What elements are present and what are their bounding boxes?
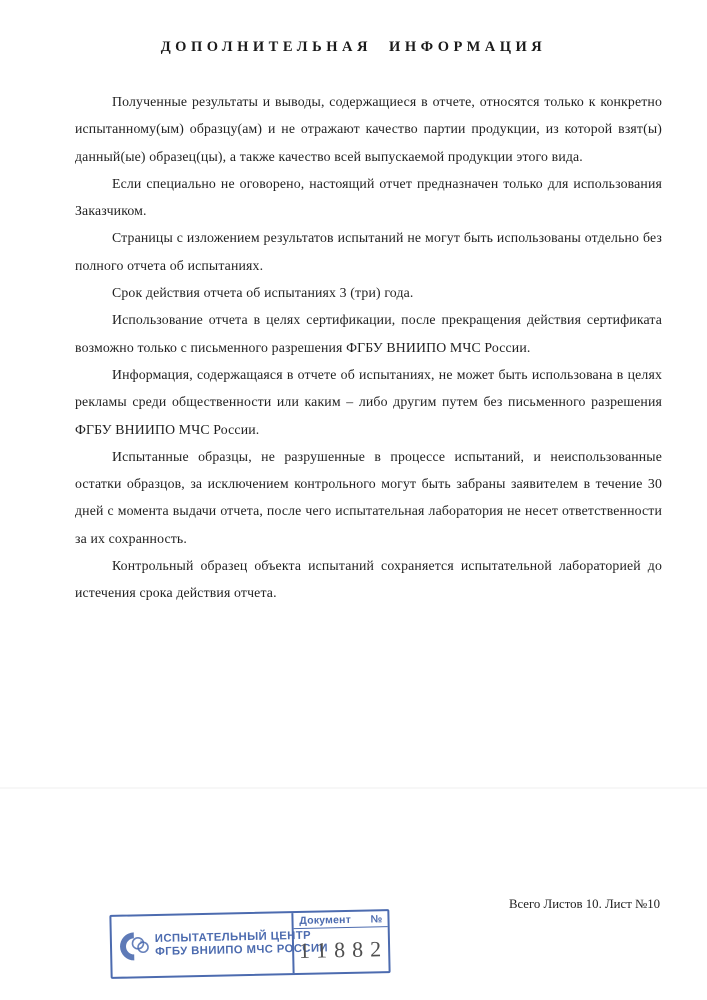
stamp-document-label: Документ bbox=[299, 914, 351, 927]
paragraph-pages-use: Страницы с изложением результатов испыта… bbox=[75, 224, 662, 279]
document-body: Полученные результаты и выводы, содержащ… bbox=[75, 88, 662, 607]
paragraph-customer-use: Если специально не оговорено, настоящий … bbox=[75, 170, 662, 225]
test-center-stamp: ИСПЫТАТЕЛЬНЫЙ ЦЕНТР ФГБУ ВНИИПО МЧС РОСС… bbox=[109, 909, 390, 979]
paragraph-control-sample: Контрольный образец объекта испытаний со… bbox=[75, 552, 662, 607]
scan-artifact bbox=[0, 787, 707, 789]
paragraph-samples-return: Испытанные образцы, не разрушенные в про… bbox=[75, 443, 662, 552]
sheet-counter: Всего Листов 10. Лист №10 bbox=[509, 897, 660, 912]
paragraph-results-scope: Полученные результаты и выводы, содержащ… bbox=[75, 88, 662, 170]
document-page: ДОПОЛНИТЕЛЬНАЯ ИНФОРМАЦИЯ Полученные рез… bbox=[0, 0, 707, 1000]
paragraph-validity: Срок действия отчета об испытаниях 3 (тр… bbox=[75, 279, 662, 306]
paragraph-certification-use: Использование отчета в целях сертификаци… bbox=[75, 306, 662, 361]
stamp-org-section: ИСПЫТАТЕЛЬНЫЙ ЦЕНТР ФГБУ ВНИИПО МЧС РОСС… bbox=[111, 913, 292, 977]
stamp-number-sign: № bbox=[370, 913, 382, 925]
stamp-document-number: 11882 bbox=[294, 927, 389, 973]
stamp-document-label-row: Документ № bbox=[293, 911, 388, 929]
vniipo-logo-icon bbox=[118, 930, 153, 963]
page-title: ДОПОЛНИТЕЛЬНАЯ ИНФОРМАЦИЯ bbox=[0, 0, 707, 56]
stamp-document-section: Документ № 11882 bbox=[291, 911, 388, 973]
paragraph-advertising: Информация, содержащаяся в отчете об исп… bbox=[75, 361, 662, 443]
